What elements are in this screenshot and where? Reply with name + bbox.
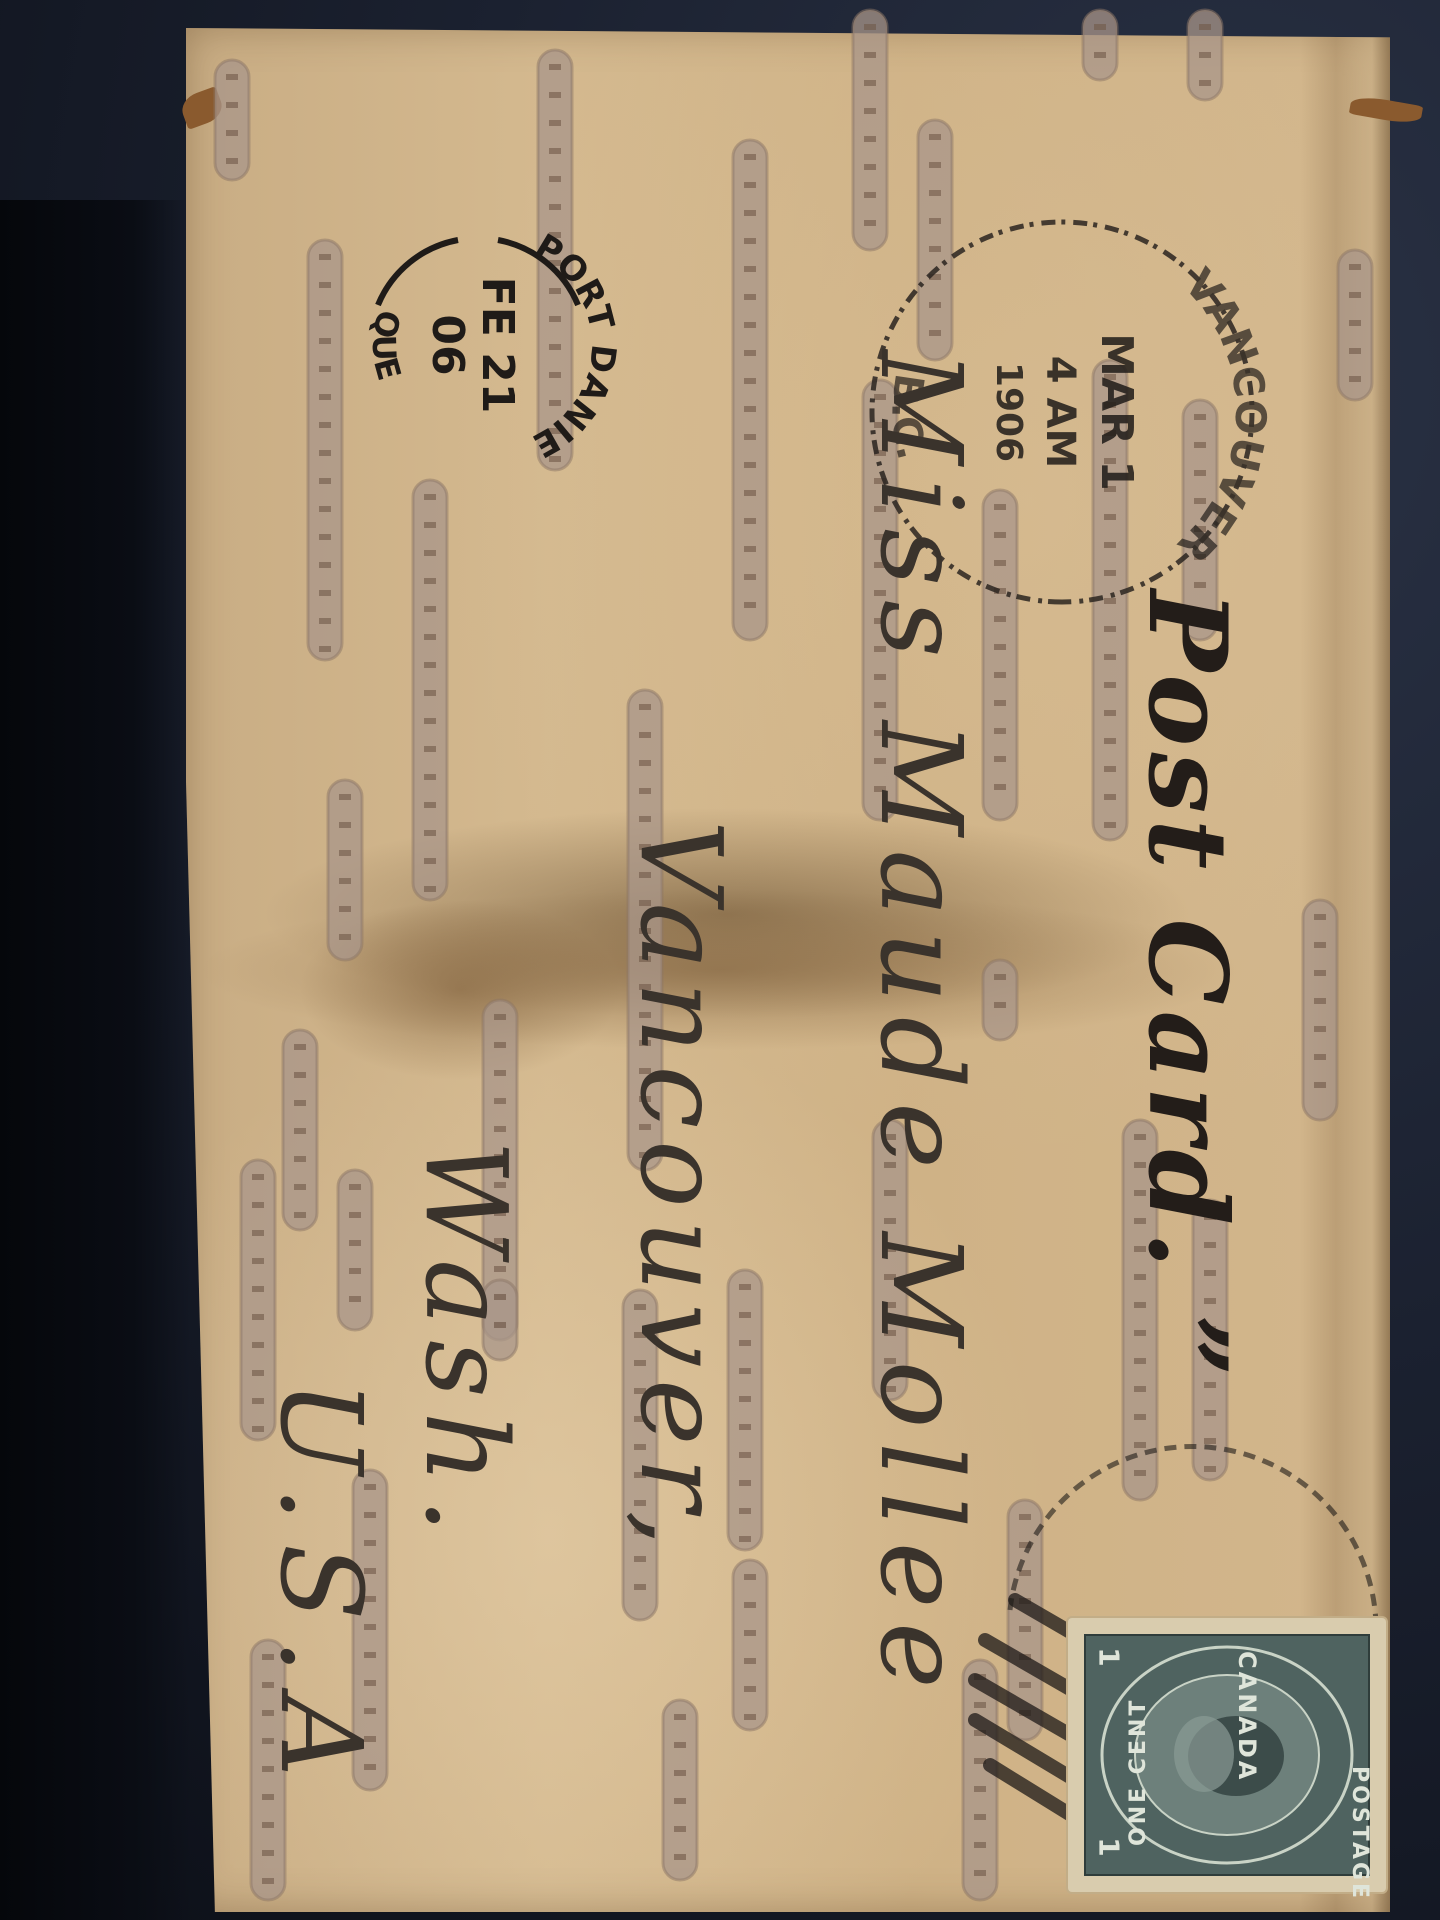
address-line-name: Miss Maude Mollee: [855, 350, 985, 1703]
svg-text:4 AM: 4 AM: [1037, 356, 1083, 469]
svg-text:QUE: QUE: [365, 307, 409, 385]
postage-stamp: CANADA POSTAGE ONE CENT 1 1: [1068, 1618, 1386, 1892]
post-card-heading: Post Card.”: [1124, 590, 1250, 1383]
address-line-city: Vancouver,: [615, 820, 745, 1558]
stamp-postage-word: POSTAGE: [1347, 1766, 1372, 1901]
stamp-value-text: ONE CENT: [1126, 1698, 1151, 1846]
svg-text:06: 06: [422, 314, 473, 375]
svg-text:1906: 1906: [988, 362, 1029, 462]
stamp-numeral-top: 1: [1093, 1647, 1126, 1669]
address-line-state: Wash.: [400, 1140, 530, 1547]
stamp-numeral-bottom: 1: [1093, 1837, 1126, 1859]
svg-text:MAR 1: MAR 1: [1091, 333, 1142, 491]
address-line-country: U.S.A: [255, 1380, 385, 1799]
quote-mark: ”: [1124, 1315, 1250, 1383]
post-card-heading-text: Post Card.: [1124, 590, 1250, 1275]
svg-text:FE 21: FE 21: [472, 277, 523, 414]
stamp-design: CANADA POSTAGE ONE CENT 1 1: [1084, 1634, 1370, 1876]
stamp-country: CANADA: [1233, 1651, 1261, 1782]
postmark-port-daniel: PORT DANIEL C.TRE QUE FE 21 06: [365, 226, 624, 465]
